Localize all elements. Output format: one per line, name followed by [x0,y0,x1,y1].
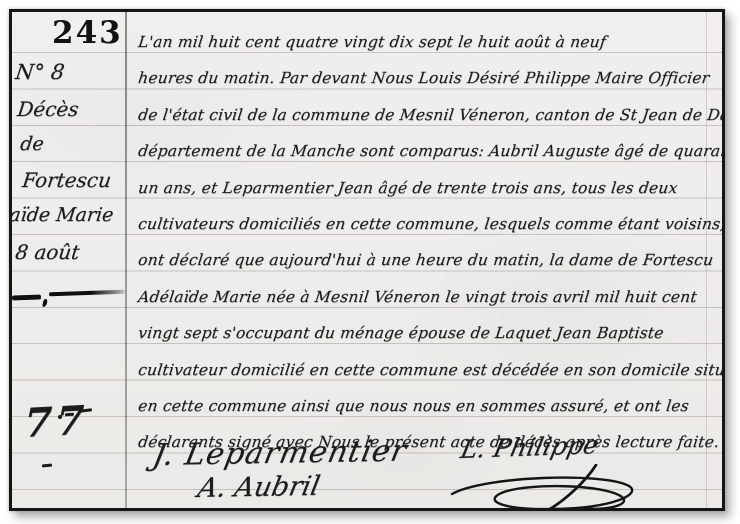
signature-leparmentier: J. Leparmentier [150,434,410,473]
body-line: un ans, et Leparmentier Jean âgé de tren… [136,170,725,206]
body-line: heures du matin. Par devant Nous Louis D… [136,60,725,96]
margin-surname: Fortescu [21,168,113,192]
body-line: cultivateur domicilié en cette commune e… [136,352,725,388]
body-line: de l'état civil de la commune de Mesnil … [136,97,725,133]
margin-given-names: aïde Marie [9,204,115,226]
pen-dot-mark [58,415,62,419]
body-line: ont déclaré que aujourd'hui à une heure … [136,242,725,278]
page-number: 243 [52,15,123,51]
act-body-text: L'an mil huit cent quatre vingt dix sept… [136,24,724,461]
margin-record-of: de [19,133,45,155]
margin-folio-number: 77 [24,397,89,447]
pen-dash-mark [65,413,74,417]
body-line: en cette commune ainsi que nous nous en … [136,388,725,424]
margin-date: 8 août [14,240,81,264]
body-line: vingt sept s'occupant du ménage épouse d… [136,315,725,351]
body-line: L'an mil huit cent quatre vingt dix sept… [136,24,725,60]
scanned-register-screenshot: 243 N° 8 Décès de Fortescu aïde Marie 8 … [0,0,740,524]
margin-divider-line [125,12,127,508]
signature-philippe: L. Philippe [458,430,602,464]
margin-act-number: N° 8 [14,60,66,84]
body-line: cultivateurs domiciliés en cette commune… [136,206,725,242]
signature-aubril: A. Aubril [195,471,322,504]
margin-record-type: Décès [16,97,80,121]
signature-flourish-icon [444,464,649,511]
register-page: 243 N° 8 Décès de Fortescu aïde Marie 8 … [9,9,725,511]
body-line: département de la Manche sont comparus: … [136,133,725,169]
body-line: Adélaïde Marie née à Mesnil Véneron le v… [136,279,725,315]
